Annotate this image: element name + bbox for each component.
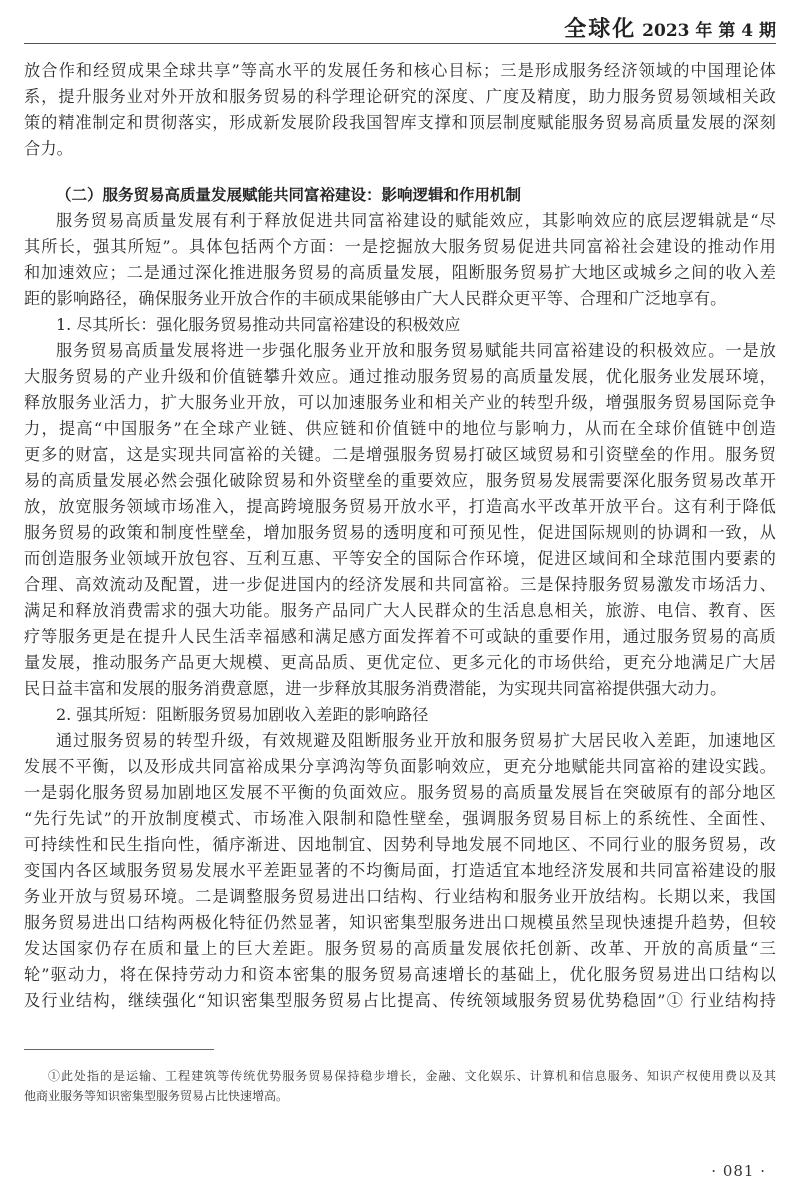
journal-logo: 全球化 <box>564 17 636 42</box>
text-line: 务业开放与贸易环境。二是调整服务贸易进出口结构、行业结构和服务业开放结构。长期以… <box>24 884 776 910</box>
text-line: 满足和释放消费需求的强大功能。服务产品同广大人民群众的生活息息相关，旅游、电信、… <box>24 598 776 624</box>
text-line: 量发展，推动服务产品更大规模、更高品质、更优定位、更多元化的市场供给，更充分地满… <box>24 650 776 676</box>
paragraph-2: 通过服务贸易的转型升级，有效规避及阻断服务业开放和服务贸易扩大居民收入差距，加速… <box>24 728 776 1014</box>
text-line: 轮”驱动力，将在保持劳动力和资本密集的服务贸易高速增长的基础上，优化服务贸易进出… <box>24 962 776 988</box>
text-line: 系，提升服务业对外开放和服务贸易的科学理论研究的深度、广度及精度，助力服务贸易领… <box>24 84 776 110</box>
text-line: 策的精准制定和贯彻落实，形成新发展阶段我国智库支撑和顶层制度赋能服务贸易高质量发… <box>24 110 776 136</box>
article-body: 放合作和经贸成果全球共享”等高水平的发展任务和核心目标；三是形成服务经济领域的中… <box>24 58 776 1014</box>
subheading-1: 1. 尽其所长：强化服务贸易推动共同富裕建设的积极效应 <box>24 312 776 338</box>
text-line: 发展不平衡，以及形成共同富裕成果分享鸿沟等负面影响效应，更充分地赋能共同富裕的建… <box>24 754 776 780</box>
journal-issue: 2023 年 第 4 期 <box>642 21 776 41</box>
text-line: 大服务贸易的产业升级和价值链攀升效应。通过推动服务贸易的高质量发展，优化服务业发… <box>24 364 776 390</box>
text-line: “先行先试”的开放制度模式、市场准入限制和隐性壁垒，强调服务贸易目标上的系统性、… <box>24 806 776 832</box>
text-line: 合理、高效流动及配置，进一步促进国内的经济发展和共同富裕。三是保持服务贸易激发市… <box>24 572 776 598</box>
text-line: 一是弱化服务贸易加剧地区发展不平衡的负面效应。服务贸易的高质量发展旨在突破原有的… <box>24 780 776 806</box>
text-line: 而创造服务业领域开放包容、互利互惠、平等安全的国际合作环境，促进区域间和全球范围… <box>24 546 776 572</box>
page-header: 全球化 2023 年 第 4 期 <box>24 0 776 44</box>
footnote-line: ①此处指的是运输、工程建筑等传统优势服务贸易保持稳步增长，金融、文化娱乐、计算机… <box>24 1066 776 1086</box>
text-line: 服务贸易高质量发展将进一步强化服务业开放和服务贸易赋能共同富裕建设的积极效应。一… <box>24 338 776 364</box>
text-line: 民日益丰富和发展的服务消费意愿，进一步释放其服务消费潜能，为实现共同富裕提供强大… <box>24 676 776 702</box>
page-number: · 081 · <box>711 1162 766 1180</box>
text-line: 易的高质量发展必然会强化破除贸易和外资壁垒的重要效应，服务贸易发展需要深化服务贸… <box>24 468 776 494</box>
text-line: 发达国家仍存在质和量上的巨大差距。服务贸易的高质量发展依托创新、改革、开放的高质… <box>24 936 776 962</box>
section-heading: （二）服务贸易高质量发展赋能共同富裕建设：影响逻辑和作用机制 <box>24 162 776 208</box>
text-line: 及行业结构，继续强化“知识密集型服务贸易占比提高、传统领域服务贸易优势稳固”① … <box>24 988 776 1014</box>
text-line: 变国内各区域服务贸易发展水平差距显著的不均衡局面，打造适宜本地经济发展和共同富裕… <box>24 858 776 884</box>
text-line: 其所长，强其所短”。具体包括两个方面：一是挖掘放大服务贸易促进共同富裕社会建设的… <box>24 234 776 260</box>
text-line: 力，提高“中国服务”在全球产业链、供应链和价值链中的地位与影响力，从而在全球价值… <box>24 416 776 442</box>
text-line: 服务贸易的政策和制度性壁垒，增加服务贸易的透明度和可预见性，促进国际规则的协调和… <box>24 520 776 546</box>
text-line: 可持续性和民生指向性，循序渐进、因地制宜、因势利导地发展不同地区、不同行业的服务… <box>24 832 776 858</box>
text-line: 服务贸易进出口结构两极化特征仍然显著，知识密集型服务进出口规模虽然呈现快速提升趋… <box>24 910 776 936</box>
text-line: 疗等服务更是在提升人民生活幸福感和满足感方面发挥着不可或缺的重要作用，通过服务贸… <box>24 624 776 650</box>
footnote: ①此处指的是运输、工程建筑等传统优势服务贸易保持稳步增长，金融、文化娱乐、计算机… <box>24 1066 776 1106</box>
footnote-divider <box>24 1049 214 1050</box>
paragraph-section: 服务贸易高质量发展有利于释放促进共同富裕建设的赋能效应，其影响效应的底层逻辑就是… <box>24 208 776 312</box>
text-line: 放合作和经贸成果全球共享”等高水平的发展任务和核心目标；三是形成服务经济领域的中… <box>24 58 776 84</box>
text-line: 通过服务贸易的转型升级，有效规避及阻断服务业开放和服务贸易扩大居民收入差距，加速… <box>24 728 776 754</box>
text-line: 和加速效应；二是通过深化推进服务贸易的高质量发展，阻断服务贸易扩大地区或城乡之间… <box>24 260 776 286</box>
text-line: 服务贸易高质量发展有利于释放促进共同富裕建设的赋能效应，其影响效应的底层逻辑就是… <box>24 208 776 234</box>
text-line: 合力。 <box>24 136 776 162</box>
paragraph-1: 服务贸易高质量发展将进一步强化服务业开放和服务贸易赋能共同富裕建设的积极效应。一… <box>24 338 776 702</box>
journal-title: 全球化 2023 年 第 4 期 <box>564 12 776 43</box>
subheading-2: 2. 强其所短：阻断服务贸易加剧收入差距的影响路径 <box>24 702 776 728</box>
paragraph-intro: 放合作和经贸成果全球共享”等高水平的发展任务和核心目标；三是形成服务经济领域的中… <box>24 58 776 162</box>
text-line: 更多的财富，这是实现共同富裕的关键。二是增强服务贸易打破区域贸易和引资壁垒的作用… <box>24 442 776 468</box>
text-line: 距的影响路径，确保服务业开放合作的丰硕成果能够由广大人民群众更平等、合理和广泛地… <box>24 286 776 312</box>
text-line: 释放服务业活力，扩大服务业开放，可以加速服务业和相关产业的转型升级，增强服务贸易… <box>24 390 776 416</box>
footnote-line: 他商业服务等知识密集型服务贸易占比快速增高。 <box>24 1086 776 1106</box>
text-line: 放，放宽服务领域市场准入，提高跨境服务贸易开放水平，打造高水平改革开放平台。这有… <box>24 494 776 520</box>
